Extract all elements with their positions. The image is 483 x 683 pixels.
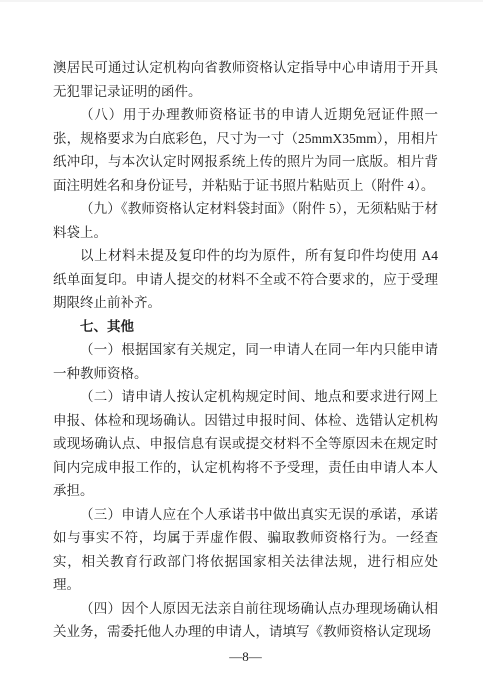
paragraph-item-9: （九）《教师资格认定材料袋封面》（附件 5），无须粘贴于材料袋上。 <box>53 197 438 244</box>
page-number: —8— <box>53 647 438 667</box>
paragraph-item-1: （一）根据国家有关规定，同一申请人在同一年内只能申请一种教师资格。 <box>53 338 438 385</box>
paragraph-item-8: （八）用于办理教师资格证书的申请人近期免冠证件照一张，规格要求为白底彩色，尺寸为… <box>53 103 438 197</box>
paragraph-item-3: （三）申请人应在个人承诺书中做出真实无误的承诺，承诺如与事实不符，均属于弄虚作假… <box>53 503 438 597</box>
paragraph-item-2: （二）请申请人按认定机构规定时间、地点和要求进行网上申报、体检和现场确认。因错过… <box>53 385 438 503</box>
paragraph-continuation: 澳居民可通过认定机构向省教师资格认定指导中心申请用于开具无犯罪记录证明的函件。 <box>53 56 438 103</box>
scan-edge-line <box>0 0 483 2</box>
document-text-block: 澳居民可通过认定机构向省教师资格认定指导中心申请用于开具无犯罪记录证明的函件。 … <box>53 56 438 644</box>
paragraph-item-4: （四）因个人原因无法亲自前往现场确认点办理现场确认相关业务，需委托他人办理的申请… <box>53 597 438 644</box>
paragraph-materials-note: 以上材料未提及复印件的均为原件，所有复印件均使用 A4 纸单面复印。申请人提交的… <box>53 244 438 315</box>
document-page: 澳居民可通过认定机构向省教师资格认定指导中心申请用于开具无犯罪记录证明的函件。 … <box>0 0 483 683</box>
section-heading: 七、其他 <box>53 315 438 339</box>
